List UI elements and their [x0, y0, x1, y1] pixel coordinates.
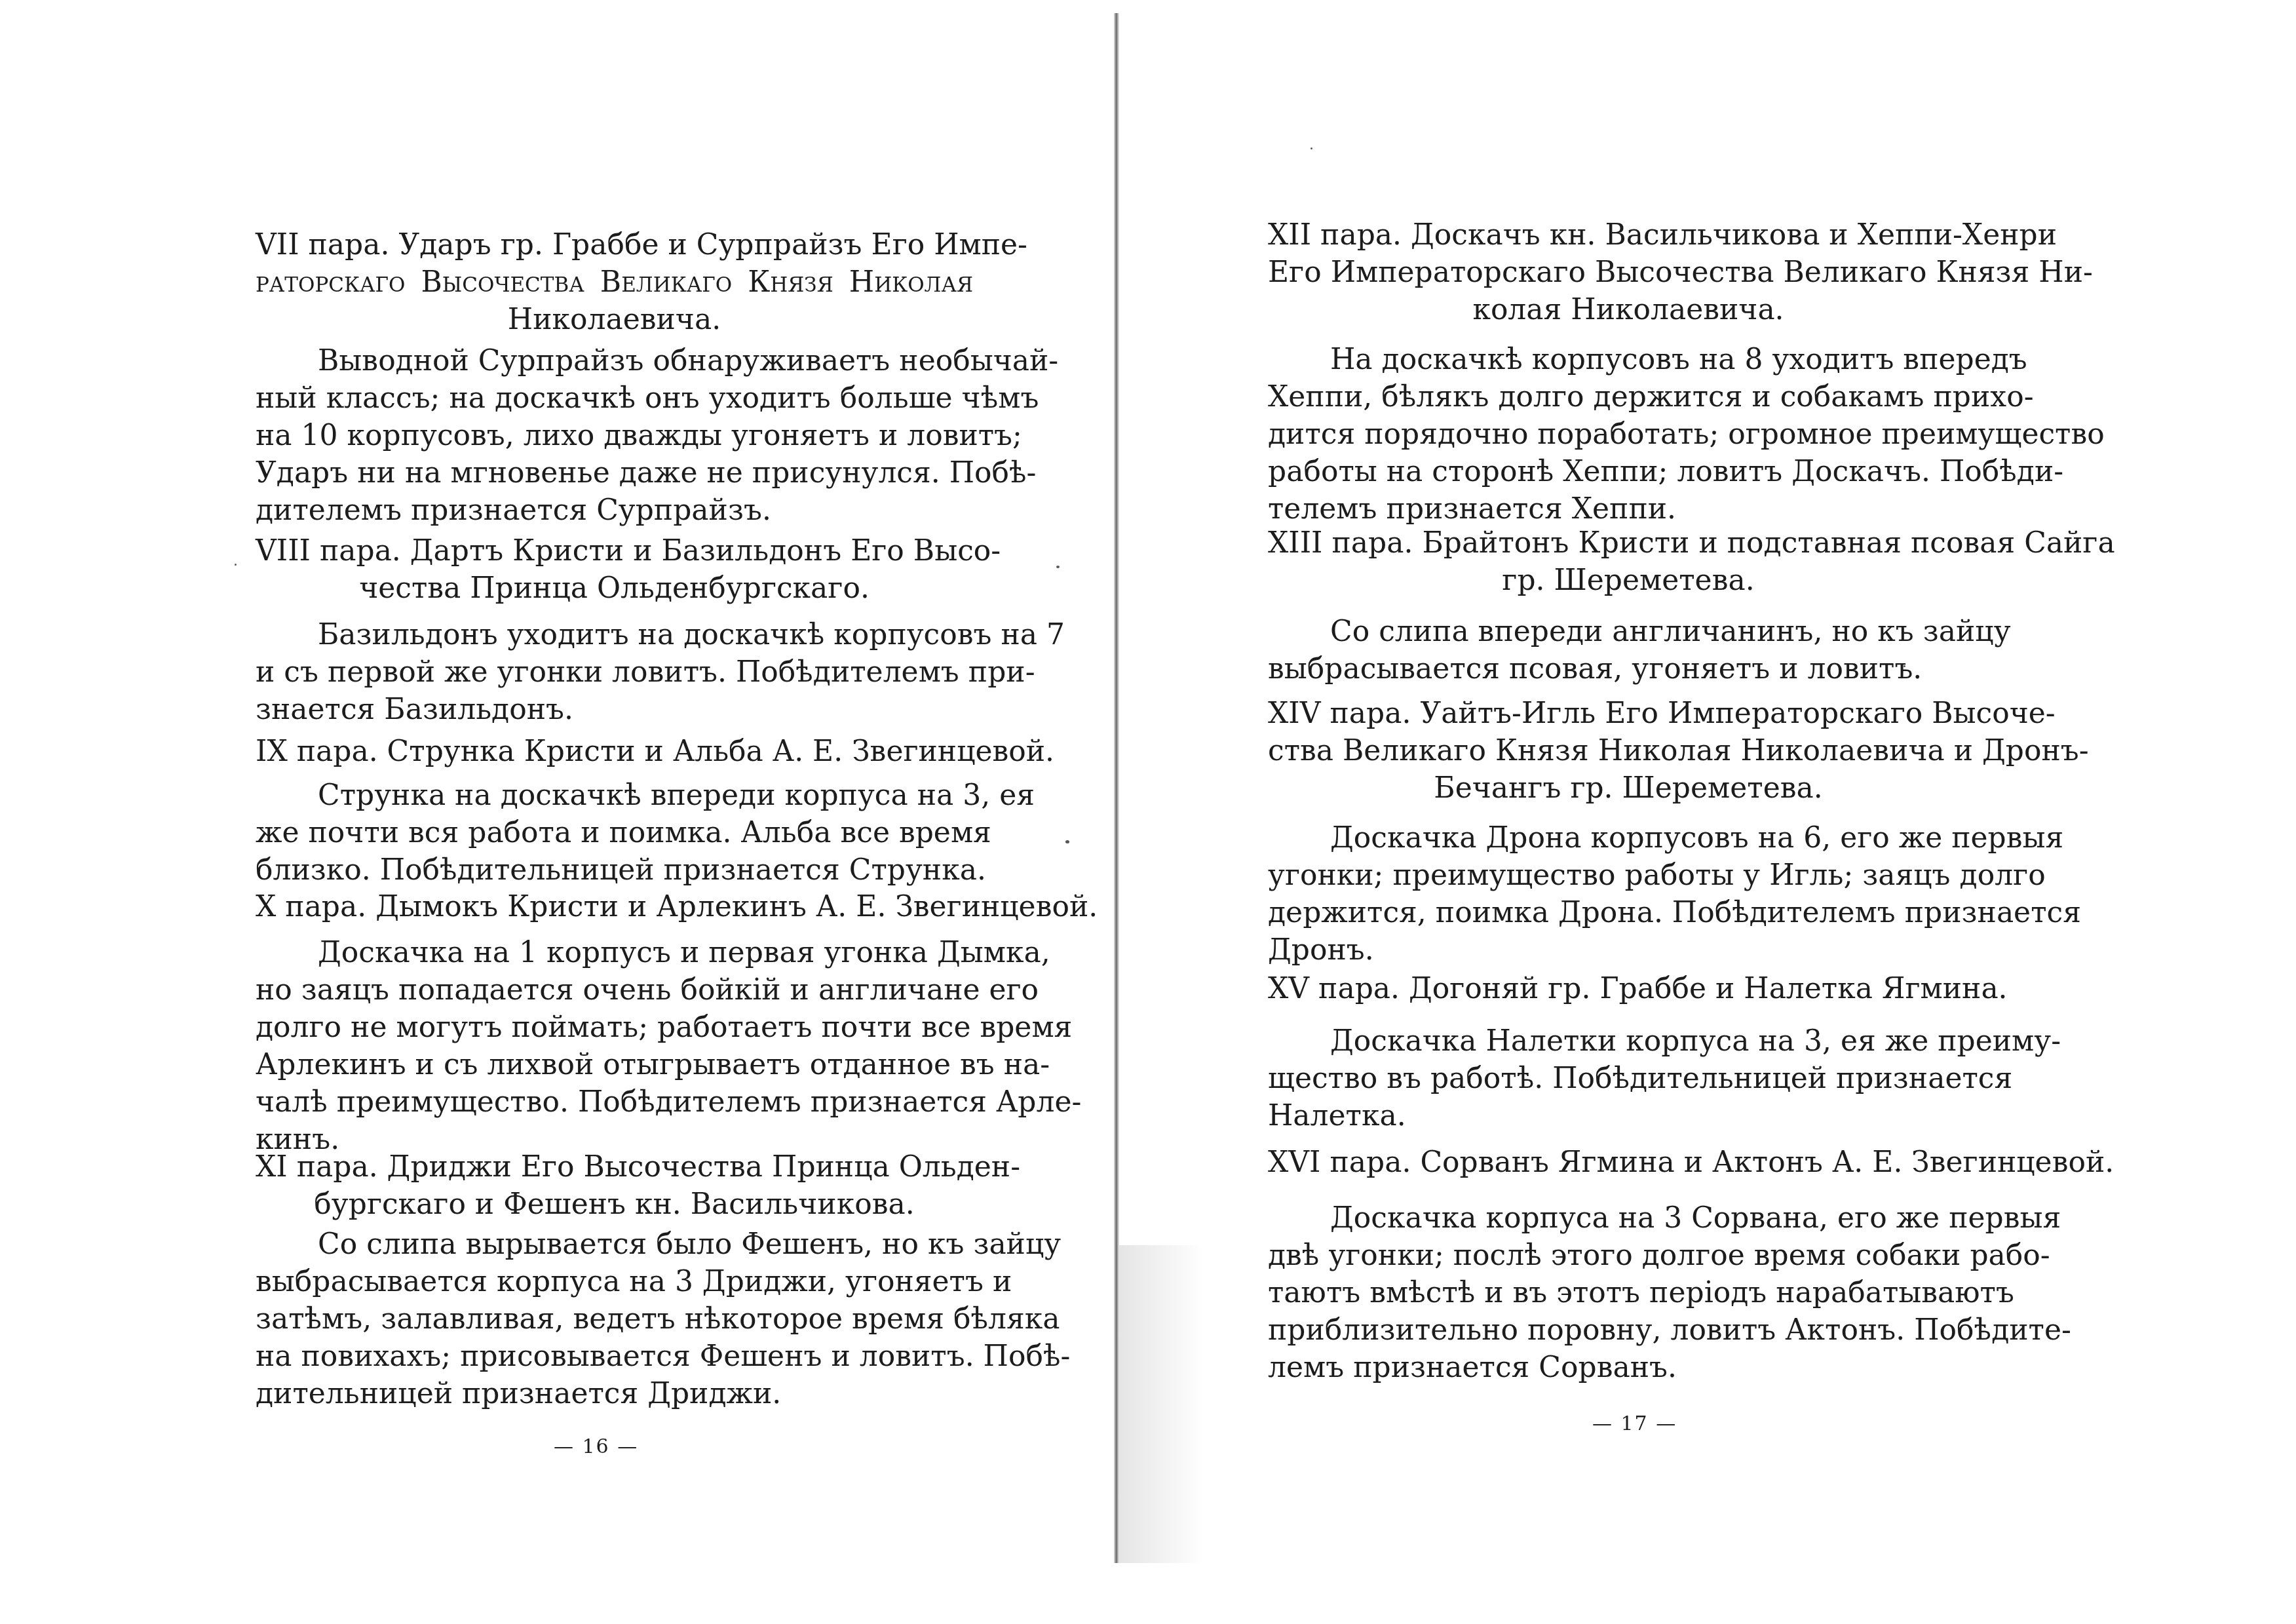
section-viii-body: Базильдонъ уходитъ на доскачкѣ корпусовъ…	[256, 616, 973, 728]
page-number: — 16 —	[554, 1435, 638, 1458]
body-line: долго не могутъ поймать; работаетъ почти…	[256, 1009, 973, 1046]
scan-speck	[1056, 566, 1060, 568]
body-line: Доскачка Налетки корпуса на 3, ея же пре…	[1268, 1022, 1989, 1060]
body-line: Выводной Сурпрайзъ обнаруживаетъ необыча…	[256, 342, 973, 379]
body-line: же почти вся работа и поимка. Альба все …	[256, 814, 973, 851]
section-xiii-heading: XIII пара. Брайтонъ Кристи и подставная …	[1268, 524, 1989, 599]
scan-speck	[1904, 665, 1905, 667]
body-line: дится порядочно поработать; огромное пре…	[1268, 416, 1989, 453]
body-line: приблизительно поровну, ловитъ Актонъ. П…	[1268, 1311, 1989, 1349]
body-line: работы на сторонѣ Хеппи; ловитъ Доскачъ.…	[1268, 453, 1989, 490]
heading-line: Бечангъ гр. Шереметева.	[1268, 769, 1989, 807]
heading-line: Николаевича.	[256, 301, 973, 338]
section-x-body: Доскачка на 1 корпусъ и первая угонка Ды…	[256, 934, 973, 1158]
section-xv-body: Доскачка Налетки корпуса на 3, ея же пре…	[1268, 1022, 1989, 1134]
heading-line: X пара. Дымокъ Кристи и Арлекинъ А. Е. З…	[256, 888, 973, 925]
body-line: но заяцъ попадается очень бойкій и англи…	[256, 971, 973, 1009]
section-ix-body: Струнка на доскачкѣ впереди корпуса на 3…	[256, 777, 973, 889]
body-line: На доскачкѣ корпусовъ на 8 уходитъ впере…	[1268, 341, 1989, 378]
body-line: щество въ работѣ. Побѣдительницей призна…	[1268, 1060, 1989, 1097]
section-xiv-heading: XIV пара. Уайтъ-Игль Его Императорскаго …	[1268, 695, 1989, 807]
body-line: Хеппи, бѣлякъ долго держится и собакамъ …	[1268, 378, 1989, 416]
scan-speck	[235, 564, 237, 566]
body-line: Арлекинъ и съ лихвой отыгрываетъ отданно…	[256, 1046, 973, 1083]
body-line: затѣмъ, залавливая, ведетъ нѣкоторое вре…	[256, 1300, 973, 1338]
body-line: Доскачка на 1 корпусъ и первая угонка Ды…	[256, 934, 973, 971]
body-line: дительницей признается Дриджи.	[256, 1375, 973, 1412]
section-ix-heading: IX пара. Струнка Кристи и Альба А. Е. Зв…	[256, 733, 973, 770]
heading-line: гр. Шереметева.	[1268, 562, 1989, 599]
body-line: Дронъ.	[1268, 931, 1989, 969]
body-line: близко. Побѣдительницей признается Струн…	[256, 851, 973, 889]
heading-line: XVI пара. Сорванъ Ягмина и Актонъ А. Е. …	[1268, 1144, 1989, 1181]
body-line: двѣ угонки; послѣ этого долгое время соб…	[1268, 1237, 1989, 1274]
heading-line: ства Великаго Князя Николая Николаевича …	[1268, 732, 1989, 769]
heading-line: бургскаго и Фешенъ кн. Васильчикова.	[256, 1186, 973, 1223]
body-line: дителемъ признается Сурпрайзъ.	[256, 492, 973, 529]
section-xi-body: Со слипа вырывается было Фешенъ, но къ з…	[256, 1226, 973, 1412]
section-vii-body: Выводной Сурпрайзъ обнаруживаетъ необыча…	[256, 342, 973, 529]
body-line: угонки; преимущество работы у Игль; заяц…	[1268, 857, 1989, 894]
heading-line: XI пара. Дриджи Его Высочества Принца Ол…	[256, 1148, 973, 1186]
scan-speck	[1311, 147, 1312, 149]
body-line: телемъ признается Хеппи.	[1268, 490, 1989, 528]
section-vii-heading: VII пара. Ударъ гр. Граббе и Сурпрайзъ Е…	[256, 226, 973, 338]
body-line: таютъ вмѣстѣ и въ этотъ періодъ нарабаты…	[1268, 1274, 1989, 1311]
heading-line: колая Николаевича.	[1268, 291, 1989, 328]
body-line: лемъ признается Сорванъ.	[1268, 1349, 1989, 1386]
heading-line: IX пара. Струнка Кристи и Альба А. Е. Зв…	[256, 733, 973, 770]
left-page: VII пара. Ударъ гр. Граббе и Сурпрайзъ Е…	[0, 0, 1114, 1624]
body-line: Налетка.	[1268, 1097, 1989, 1134]
section-x-heading: X пара. Дымокъ Кристи и Арлекинъ А. Е. З…	[256, 888, 973, 925]
heading-line: XV пара. Догоняй гр. Граббе и Налетка Яг…	[1268, 970, 1989, 1007]
body-line: знается Базильдонъ.	[256, 691, 973, 728]
heading-line: VIII пара. Дартъ Кристи и Базильдонъ Его…	[256, 532, 973, 570]
body-line: Доскачка Дрона корпусовъ на 6, его же пе…	[1268, 819, 1989, 857]
body-line: на 10 корпусовъ, лихо дважды угоняетъ и …	[256, 417, 973, 454]
heading-line: XIII пара. Брайтонъ Кристи и подставная …	[1268, 524, 1989, 562]
heading-line: XII пара. Доскачъ кн. Васильчикова и Хеп…	[1268, 216, 1989, 254]
body-line: чалѣ преимущество. Побѣдителемъ признает…	[256, 1083, 973, 1121]
body-line: Струнка на доскачкѣ впереди корпуса на 3…	[256, 777, 973, 814]
body-line: Со слипа вырывается было Фешенъ, но къ з…	[256, 1226, 973, 1263]
body-line: держится, поимка Дрона. Побѣдителемъ при…	[1268, 894, 1989, 931]
body-line: Со слипа впереди англичанинъ, но къ зайц…	[1268, 613, 1989, 650]
body-line: выбрасывается псовая, угоняетъ и ловитъ.	[1268, 650, 1989, 687]
section-xvi-body: Доскачка корпуса на 3 Сорвана, его же пе…	[1268, 1199, 1989, 1386]
section-xii-heading: XII пара. Доскачъ кн. Васильчикова и Хеп…	[1268, 216, 1989, 328]
scan-speck	[1065, 840, 1069, 843]
page-number: — 17 —	[1592, 1412, 1677, 1435]
book-spine	[1114, 13, 1119, 1563]
section-xi-heading: XI пара. Дриджи Его Высочества Принца Ол…	[256, 1148, 973, 1223]
body-line: Доскачка корпуса на 3 Сорвана, его же пе…	[1268, 1199, 1989, 1237]
heading-line: чества Принца Ольденбургскаго.	[256, 570, 973, 607]
body-line: Базильдонъ уходитъ на доскачкѣ корпусовъ…	[256, 616, 973, 653]
book-spread: VII пара. Ударъ гр. Граббе и Сурпрайзъ Е…	[0, 0, 2296, 1624]
right-page: XII пара. Доскачъ кн. Васильчикова и Хеп…	[1120, 0, 2296, 1624]
heading-line: раторскаго Высочества Великаго Князя Ник…	[256, 263, 973, 301]
section-xvi-heading: XVI пара. Сорванъ Ягмина и Актонъ А. Е. …	[1268, 1144, 1989, 1181]
heading-line: Его Императорскаго Высочества Великаго К…	[1268, 254, 1989, 291]
body-line: на повихахъ; присовывается Фешенъ и лови…	[256, 1338, 973, 1375]
heading-line: XIV пара. Уайтъ-Игль Его Императорскаго …	[1268, 695, 1989, 732]
body-line: ный классъ; на доскачкѣ онъ уходитъ боль…	[256, 379, 973, 417]
section-xv-heading: XV пара. Догоняй гр. Граббе и Налетка Яг…	[1268, 970, 1989, 1007]
section-xii-body: На доскачкѣ корпусовъ на 8 уходитъ впере…	[1268, 341, 1989, 528]
body-line: Ударъ ни на мгновенье даже не присунулся…	[256, 454, 973, 492]
section-xiii-body: Со слипа впереди англичанинъ, но къ зайц…	[1268, 613, 1989, 687]
section-viii-heading: VIII пара. Дартъ Кристи и Базильдонъ Его…	[256, 532, 973, 607]
section-xiv-body: Доскачка Дрона корпусовъ на 6, его же пе…	[1268, 819, 1989, 969]
body-line: выбрасывается корпуса на 3 Дриджи, угоня…	[256, 1263, 973, 1300]
body-line: и съ первой же угонки ловитъ. Побѣдителе…	[256, 653, 973, 691]
heading-line: VII пара. Ударъ гр. Граббе и Сурпрайзъ Е…	[256, 226, 973, 263]
